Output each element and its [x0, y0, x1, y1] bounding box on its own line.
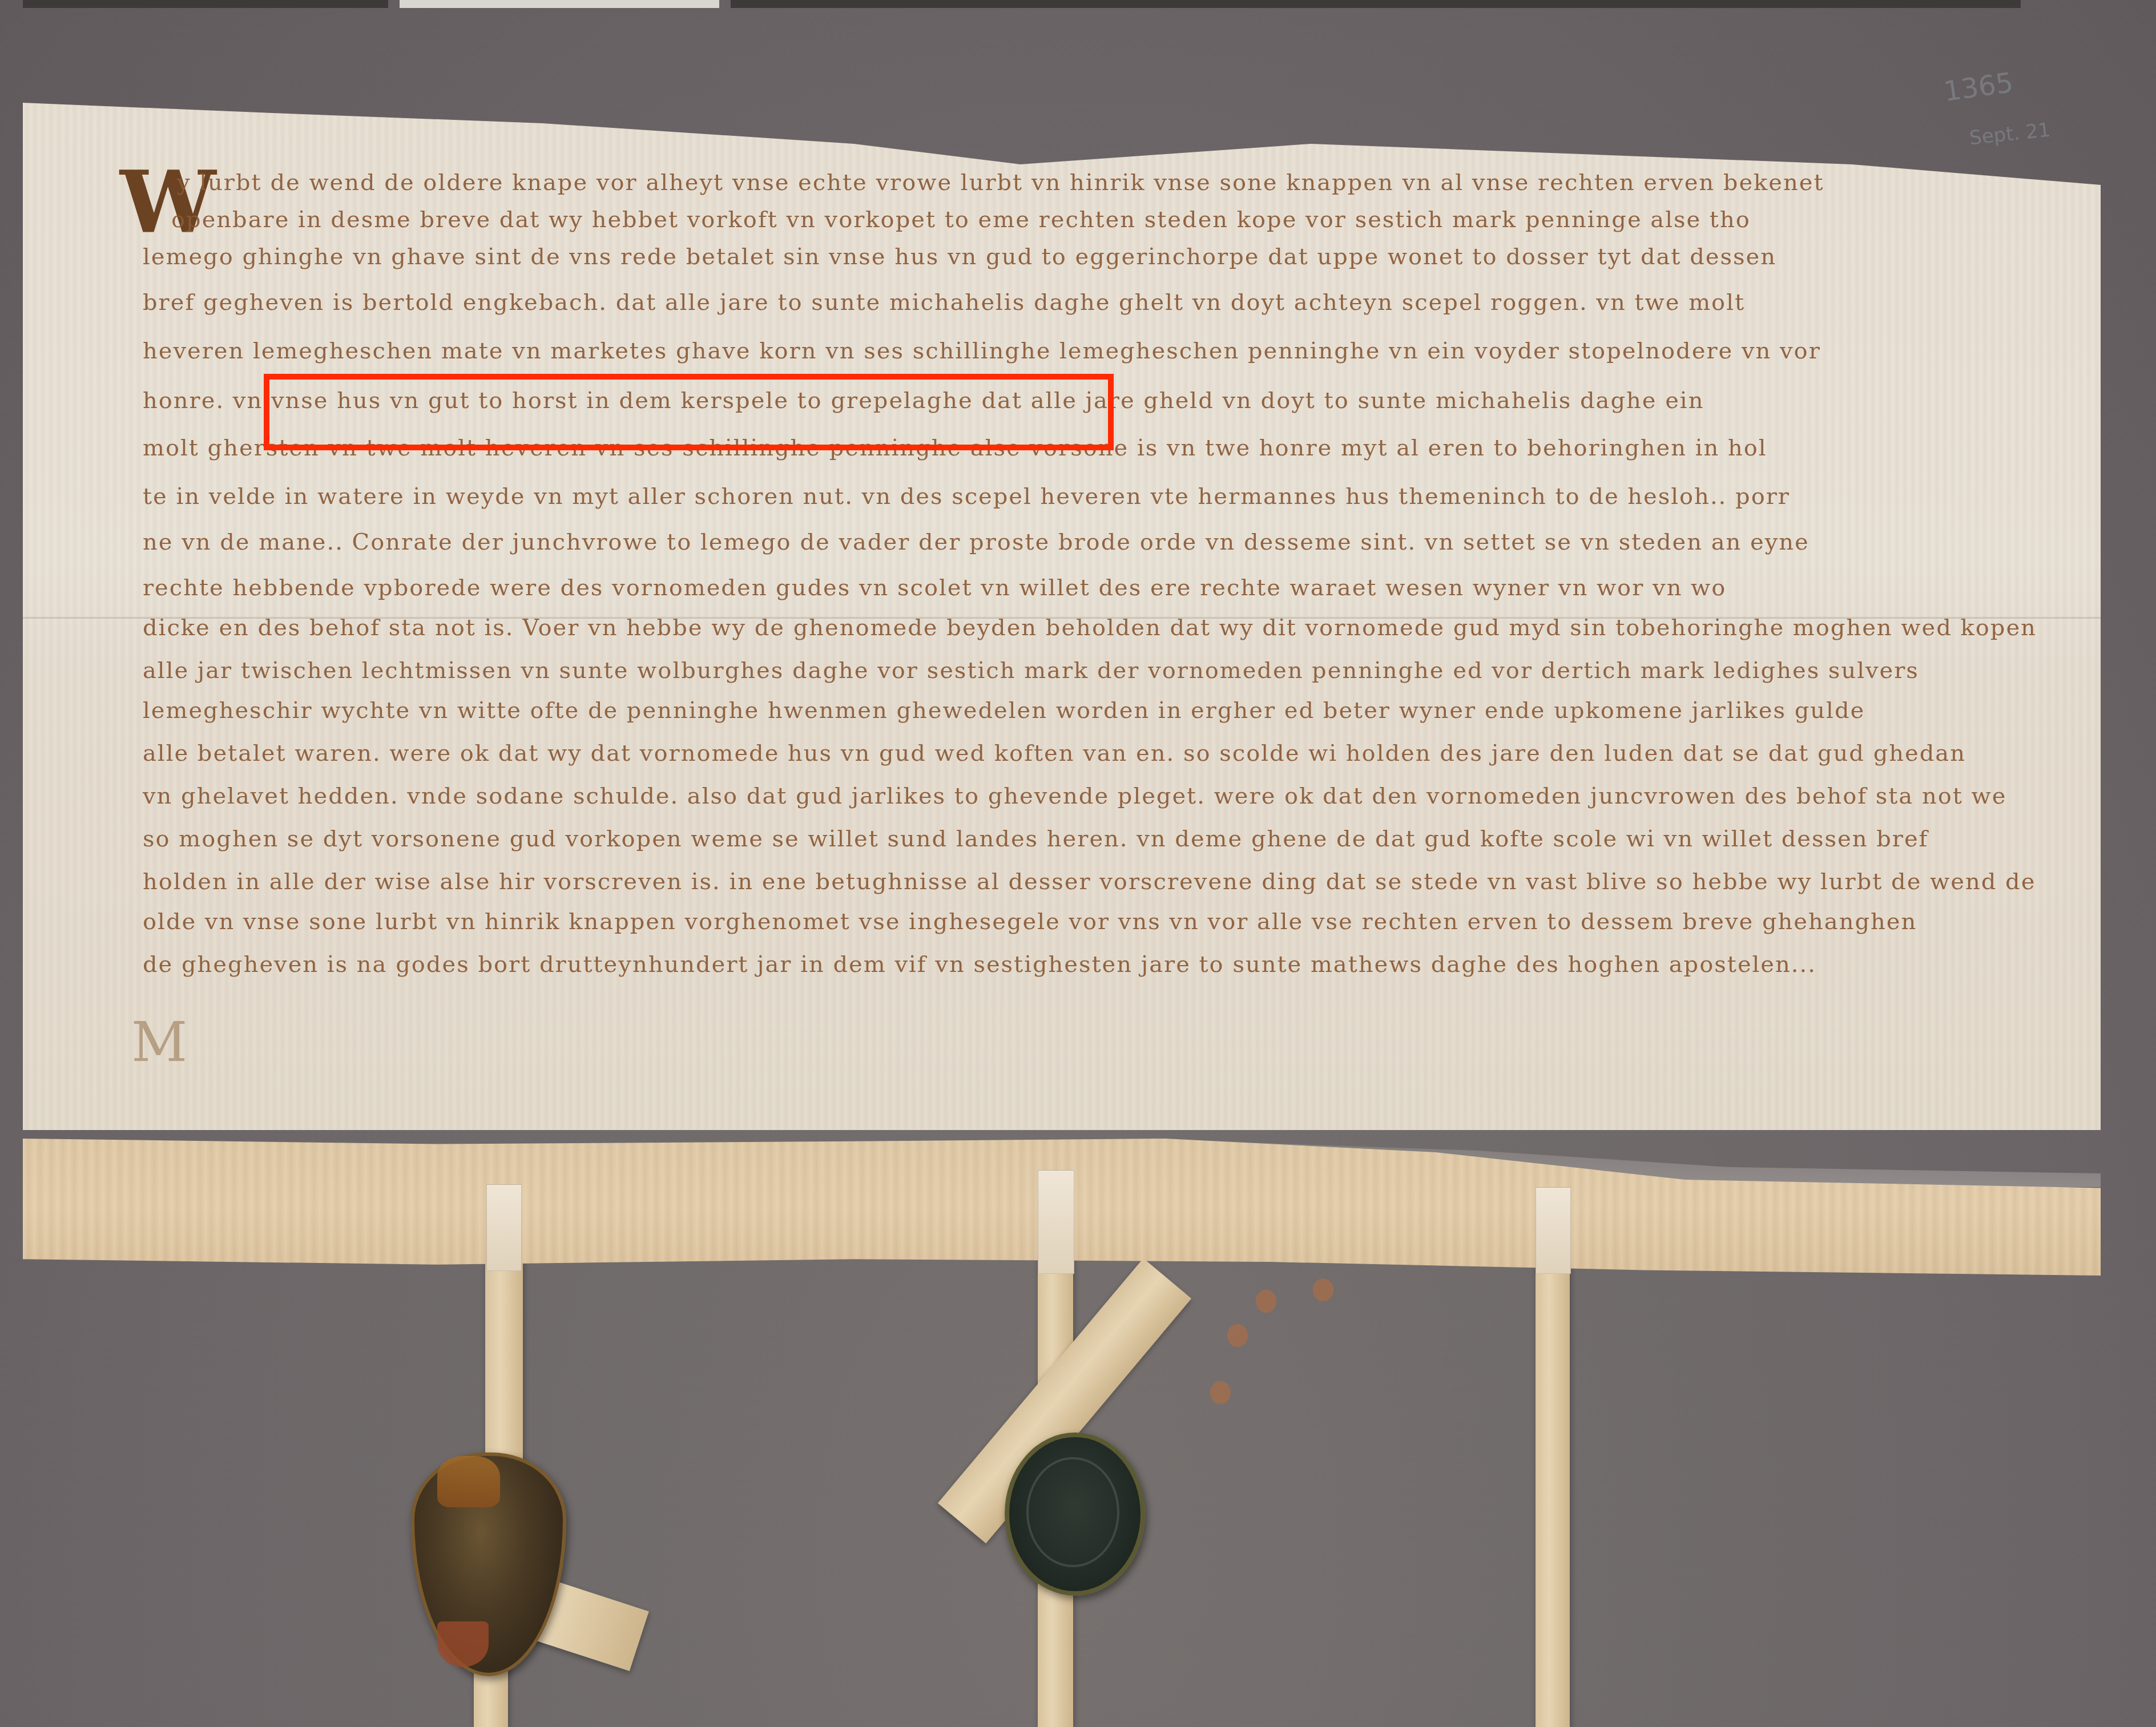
- tag-slit: [486, 1184, 522, 1271]
- text-line: so moghen se dyt vorsonene gud vorkopen …: [143, 822, 1928, 856]
- text-line: ne vn de mane.. Conrate der junchvrowe t…: [143, 525, 1810, 559]
- seal-wax-red: [437, 1621, 489, 1667]
- text-line: te in velde in watere in weyde vn myt al…: [143, 479, 1790, 514]
- text-line: lemego ghinghe vn ghave sint de vns rede…: [143, 240, 1776, 274]
- frame-strip: [400, 0, 719, 8]
- highlight-box: [264, 374, 1114, 450]
- frame-strip: [731, 0, 2021, 8]
- text-line: alle jar twischen lechtmissen vn sunte w…: [143, 653, 1919, 688]
- seal-wax-amber: [437, 1456, 500, 1507]
- tag-slit: [1536, 1187, 1571, 1274]
- text-line: bref gegheven is bertold engkebach. dat …: [143, 285, 1745, 320]
- text-line: alle betalet waren. were ok dat wy dat v…: [143, 736, 1966, 770]
- text-line: heveren lemegheschen mate vn marketes gh…: [143, 334, 1821, 368]
- seal-tag-left-upper: [485, 1244, 523, 1461]
- stain: [1210, 1381, 1231, 1404]
- text-line: rechte hebbende vpborede were des vornom…: [143, 571, 1726, 605]
- text-line: holden in alle der wise alse hir vorscre…: [143, 865, 2036, 899]
- seal-tag-right: [1536, 1244, 1570, 1727]
- text-line: olde vn vnse sone lurbt vn hinrik knappe…: [143, 905, 1917, 939]
- text-line: vn ghelavet hedden. vnde sodane schulde.…: [143, 779, 2006, 813]
- stain: [1227, 1324, 1248, 1347]
- text-line: y lurbt de wend de oldere knape vor alhe…: [177, 166, 1824, 200]
- frame-strip: [23, 0, 388, 8]
- decorated-initial: W: [120, 163, 171, 243]
- round-seal: [1005, 1433, 1145, 1596]
- seal-ring: [1026, 1457, 1119, 1567]
- stain: [1313, 1278, 1333, 1301]
- text-line: dicke en des behof sta not is. Voer vn h…: [143, 611, 2037, 645]
- tag-slit: [1038, 1170, 1074, 1274]
- text-line: openbare in desme breve dat wy hebbet vo…: [171, 203, 1751, 237]
- text-line: lemegheschir wychte vn witte ofte de pen…: [143, 693, 1865, 728]
- stain: [1256, 1290, 1276, 1313]
- notarial-mark: M: [131, 1010, 187, 1074]
- text-line: de ghegheven is na godes bort drutteynhu…: [143, 947, 1816, 982]
